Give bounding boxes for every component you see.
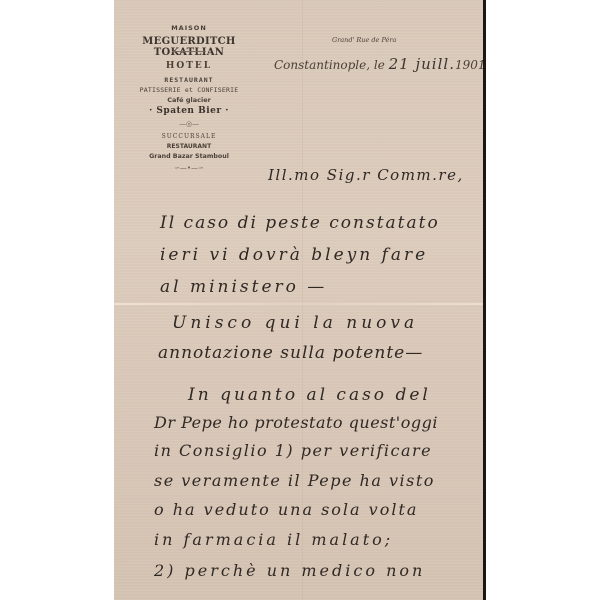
letter-line: annotazione sulla potente—	[158, 343, 423, 363]
letter-line: in farmacia il malato;	[154, 530, 393, 549]
letterhead-proprietor: MEGUERDITCH TOKATLIAN	[114, 36, 264, 58]
letterhead-restaurant: RESTAURANT	[114, 76, 264, 84]
dateline: Constantinople, le 21 juill.1901	[274, 55, 486, 73]
horizontal-fold-line	[114, 303, 483, 305]
flourish-icon: ∽—•—∽	[114, 164, 264, 172]
letter-page: MAISON MEGUERDITCH TOKATLIAN HOTEL RESTA…	[114, 0, 486, 600]
dateline-year: 1901	[455, 58, 486, 72]
letter-line: in Consiglio 1) per verificare	[154, 441, 432, 460]
letterhead-hotel: HOTEL	[114, 61, 264, 71]
letter-line: o ha veduto una sola volta	[154, 500, 418, 519]
letter-line: In quanto al caso del	[188, 385, 431, 405]
letterhead-succursale: SUCCURSALE	[114, 133, 264, 140]
letter-line: Unisco qui la nuova	[172, 313, 418, 333]
letterhead-branch-location: Grand Bazar Stamboul	[114, 153, 264, 160]
dateline-city: Constantinople, le	[274, 58, 385, 72]
letterhead-patisserie: PATISSERIE et CONFISERIE	[114, 86, 264, 94]
letterhead-divider	[172, 51, 206, 52]
letter-line: 2) perchè un medico non	[154, 561, 425, 580]
street-address: Grand' Rue de Péra	[332, 36, 396, 44]
letterhead-maison: MAISON	[114, 24, 264, 32]
letterhead-cafe: Café glacier	[114, 96, 264, 104]
letter-line: Il caso di peste constatato	[160, 213, 440, 233]
handwritten-date: 21 juill.	[389, 55, 455, 73]
letter-line: ieri vi dovrà bleyn fare	[160, 245, 428, 265]
salutation: Ill.mo Sig.r Comm.re,	[268, 166, 464, 184]
ornament-icon: —◎—	[114, 120, 264, 128]
letterhead-branch-restaurant: RESTAURANT	[114, 143, 264, 150]
letter-line: al ministero —	[160, 277, 327, 297]
letter-line: se veramente il Pepe ha visto	[154, 471, 435, 490]
letterhead-spaten-bier: · Spaten Bier ·	[114, 106, 264, 116]
letter-line: Dr Pepe ho protestato quest'oggi	[154, 413, 438, 432]
